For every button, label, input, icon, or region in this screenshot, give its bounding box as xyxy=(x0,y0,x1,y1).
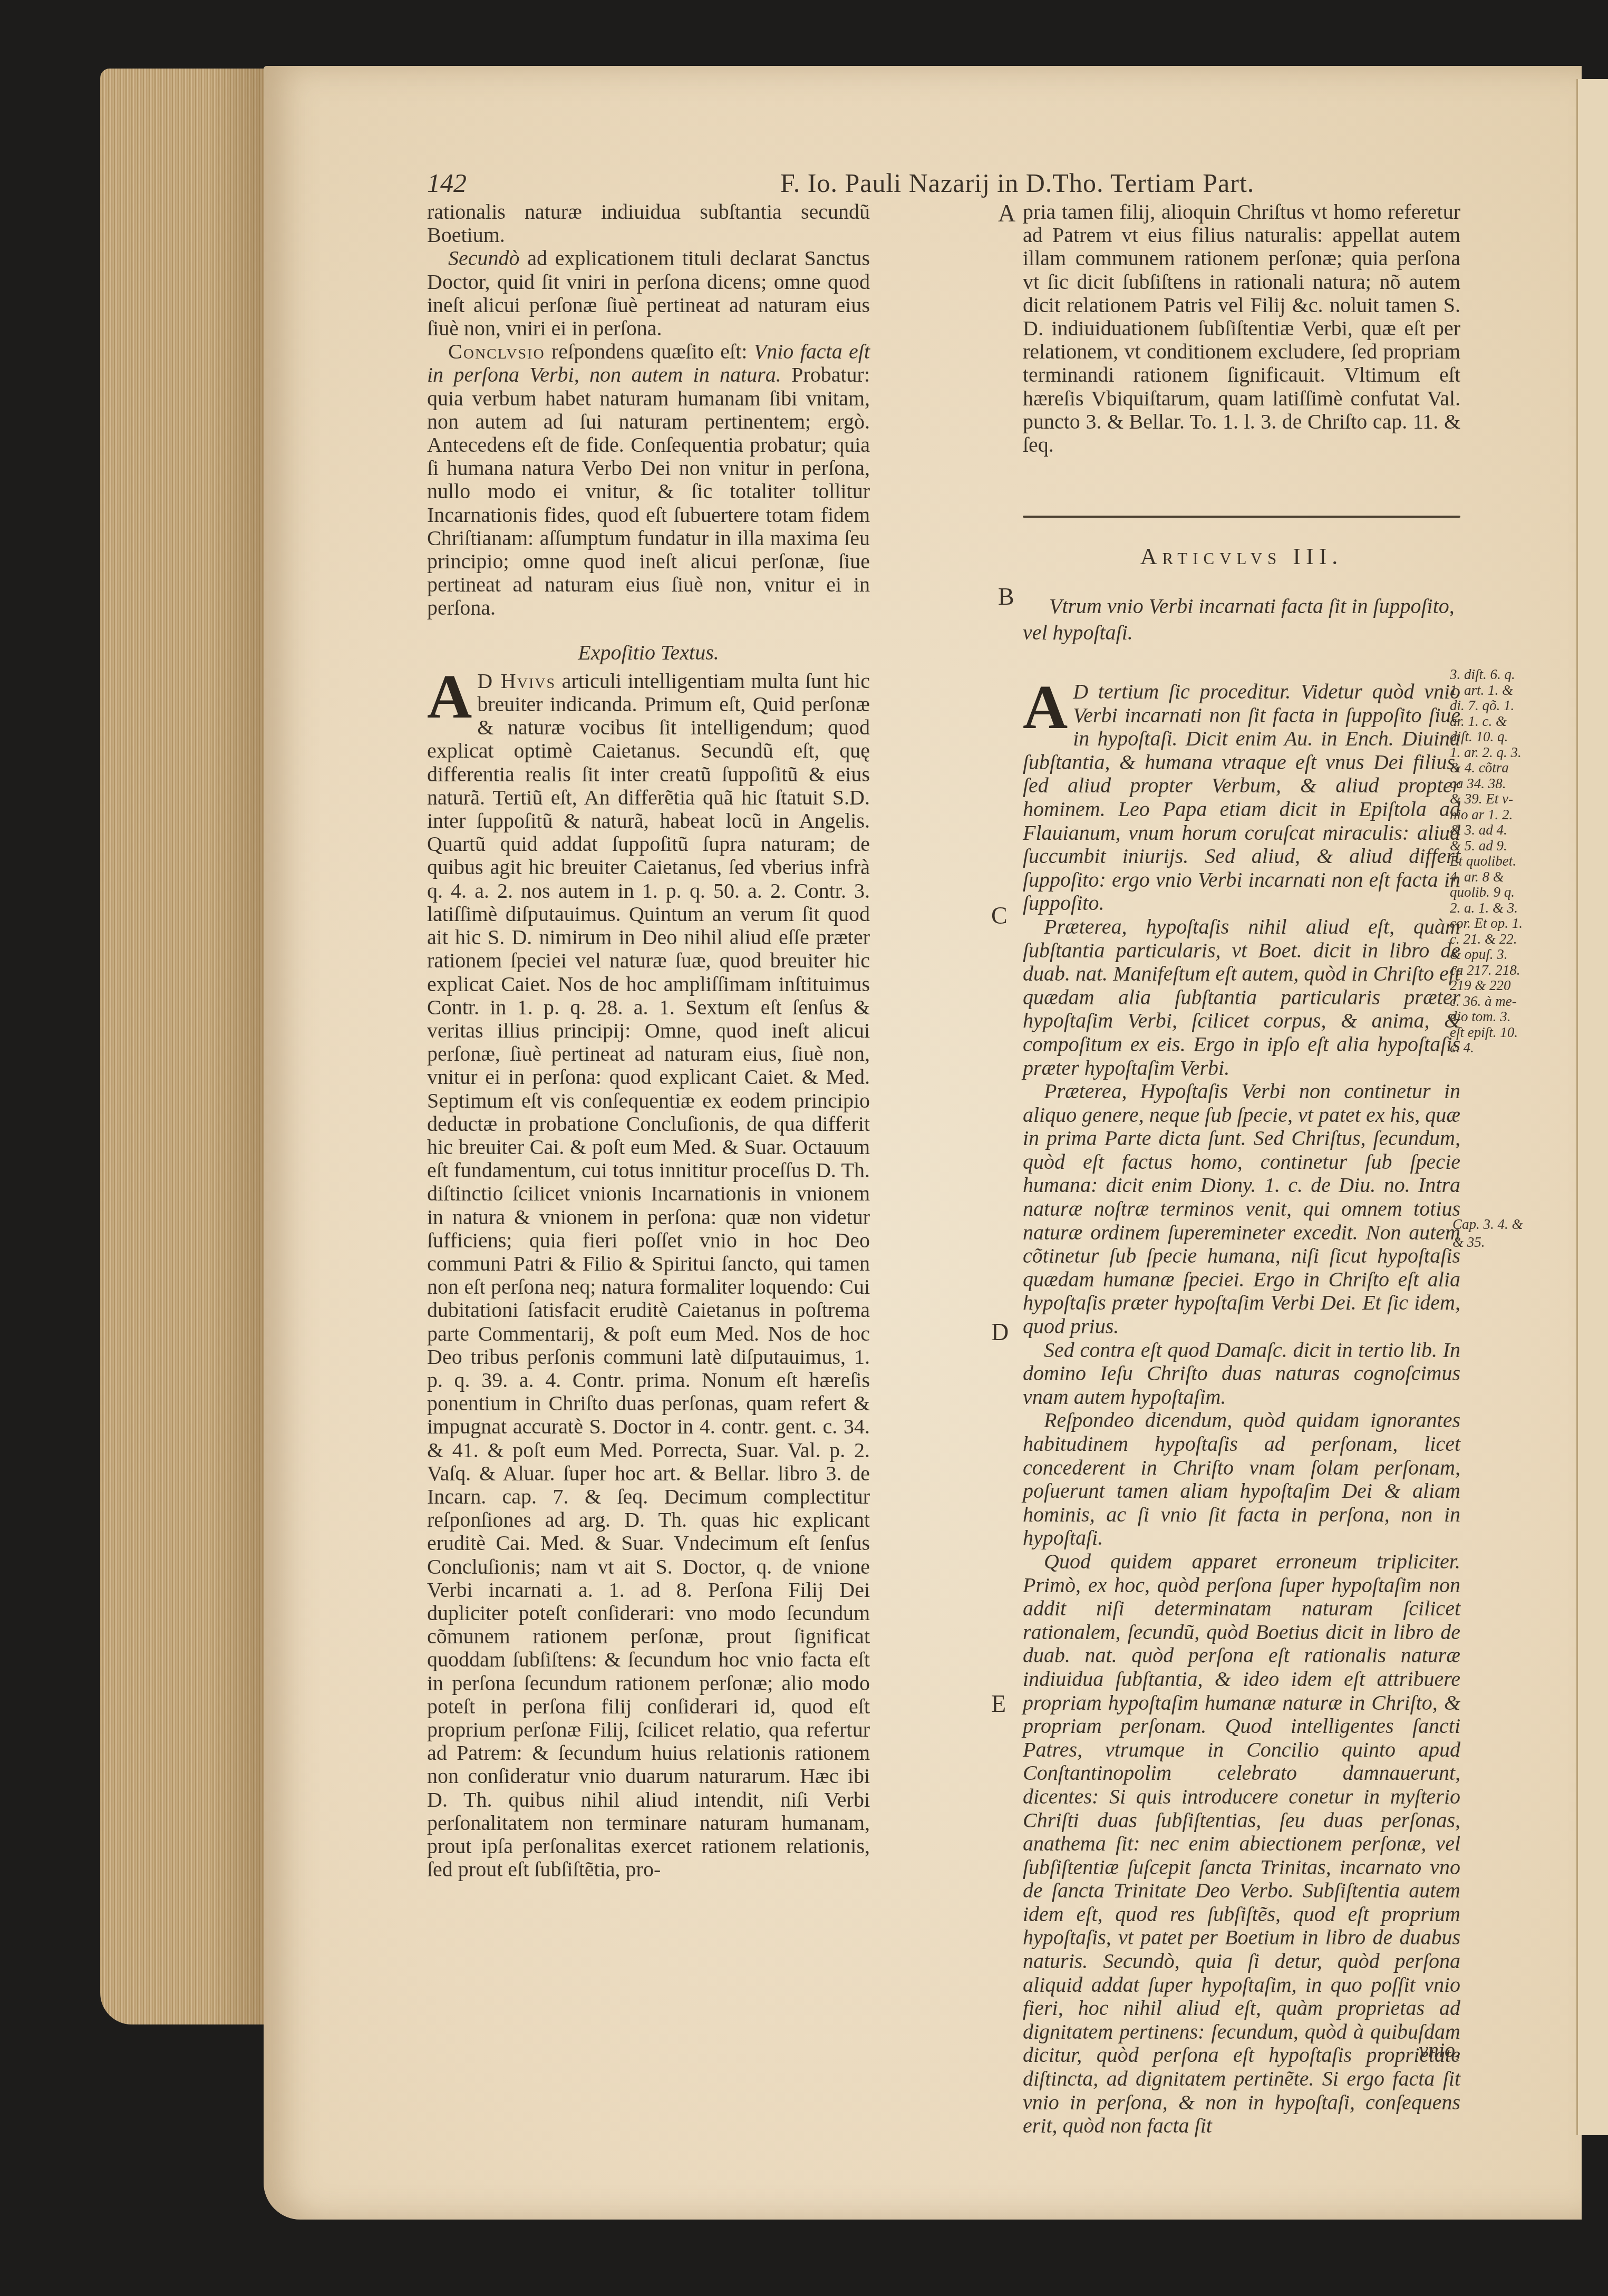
drop-cap: A xyxy=(427,673,472,721)
section-marker-c: C xyxy=(991,902,1008,929)
horizontal-rule xyxy=(1023,516,1460,518)
section-subheading: Expoſitio Textus. xyxy=(427,641,870,664)
drop-cap: A xyxy=(1023,683,1068,732)
section-marker-a: A xyxy=(998,199,1015,227)
section-marker-b: B xyxy=(998,583,1014,611)
facing-page-edge xyxy=(1576,79,1608,2135)
page-header: 142 F. Io. Pauli Nazarij in D.Tho. Terti… xyxy=(427,168,1429,199)
book-page-edges xyxy=(100,69,274,2024)
article-heading: Articvlvs III. xyxy=(1023,543,1460,570)
conclusio-paragraph: Conclvsio reſpondens quæſito eſt: Vnio f… xyxy=(427,340,870,619)
right-column-body: AD tertium ſic proceditur. Videtur quòd … xyxy=(1023,680,1460,2138)
sed-contra: Sed contra eſt quod Damaſc. dicit in ter… xyxy=(1023,1339,1460,1409)
paragraph: rationalis naturæ indiuidua subſtantia s… xyxy=(427,200,870,247)
objection-3: Præterea, Hypoſtaſis Verbi non continetu… xyxy=(1023,1080,1460,1339)
catchword: vnio, xyxy=(1419,2038,1460,2062)
objection-2: Præterea, hypoſtaſis nihil aliud eſt, qu… xyxy=(1023,915,1460,1080)
right-column-top: pria tamen filij, alioquin Chriſtus vt h… xyxy=(1023,200,1460,457)
page-number: 142 xyxy=(427,168,467,198)
objection-1: AD tertium ſic proceditur. Videtur quòd … xyxy=(1023,680,1460,915)
running-title: F. Io. Pauli Nazarij in D.Tho. Tertiam P… xyxy=(780,168,1254,198)
paragraph: pria tamen filij, alioquin Chriſtus vt h… xyxy=(1023,200,1460,457)
margin-notes-secondary: Cap. 3. 4. & & 35. xyxy=(1452,1215,1542,1251)
paragraph: Secundò ad explicationem tituli declarat… xyxy=(427,247,870,340)
left-column: rationalis naturæ indiuidua subſtantia s… xyxy=(427,200,870,1881)
section-marker-e: E xyxy=(991,1690,1006,1718)
quod-quidem: Quod quidem apparet erroneum tripliciter… xyxy=(1023,1550,1460,2138)
respondeo: Reſpondeo dicendum, quòd quidam ignorant… xyxy=(1023,1409,1460,1550)
expositio-paragraph: AD Hvivs articuli intelligentiam multa ſ… xyxy=(427,670,870,1882)
section-marker-d: D xyxy=(991,1318,1009,1346)
article-question: Vtrum vnio Verbi incarnati facta ſit in … xyxy=(1023,593,1460,646)
margin-notes: 3. diſt. 6. q. 1. art. 1. & di. 7. qõ. 1… xyxy=(1450,667,1539,1056)
